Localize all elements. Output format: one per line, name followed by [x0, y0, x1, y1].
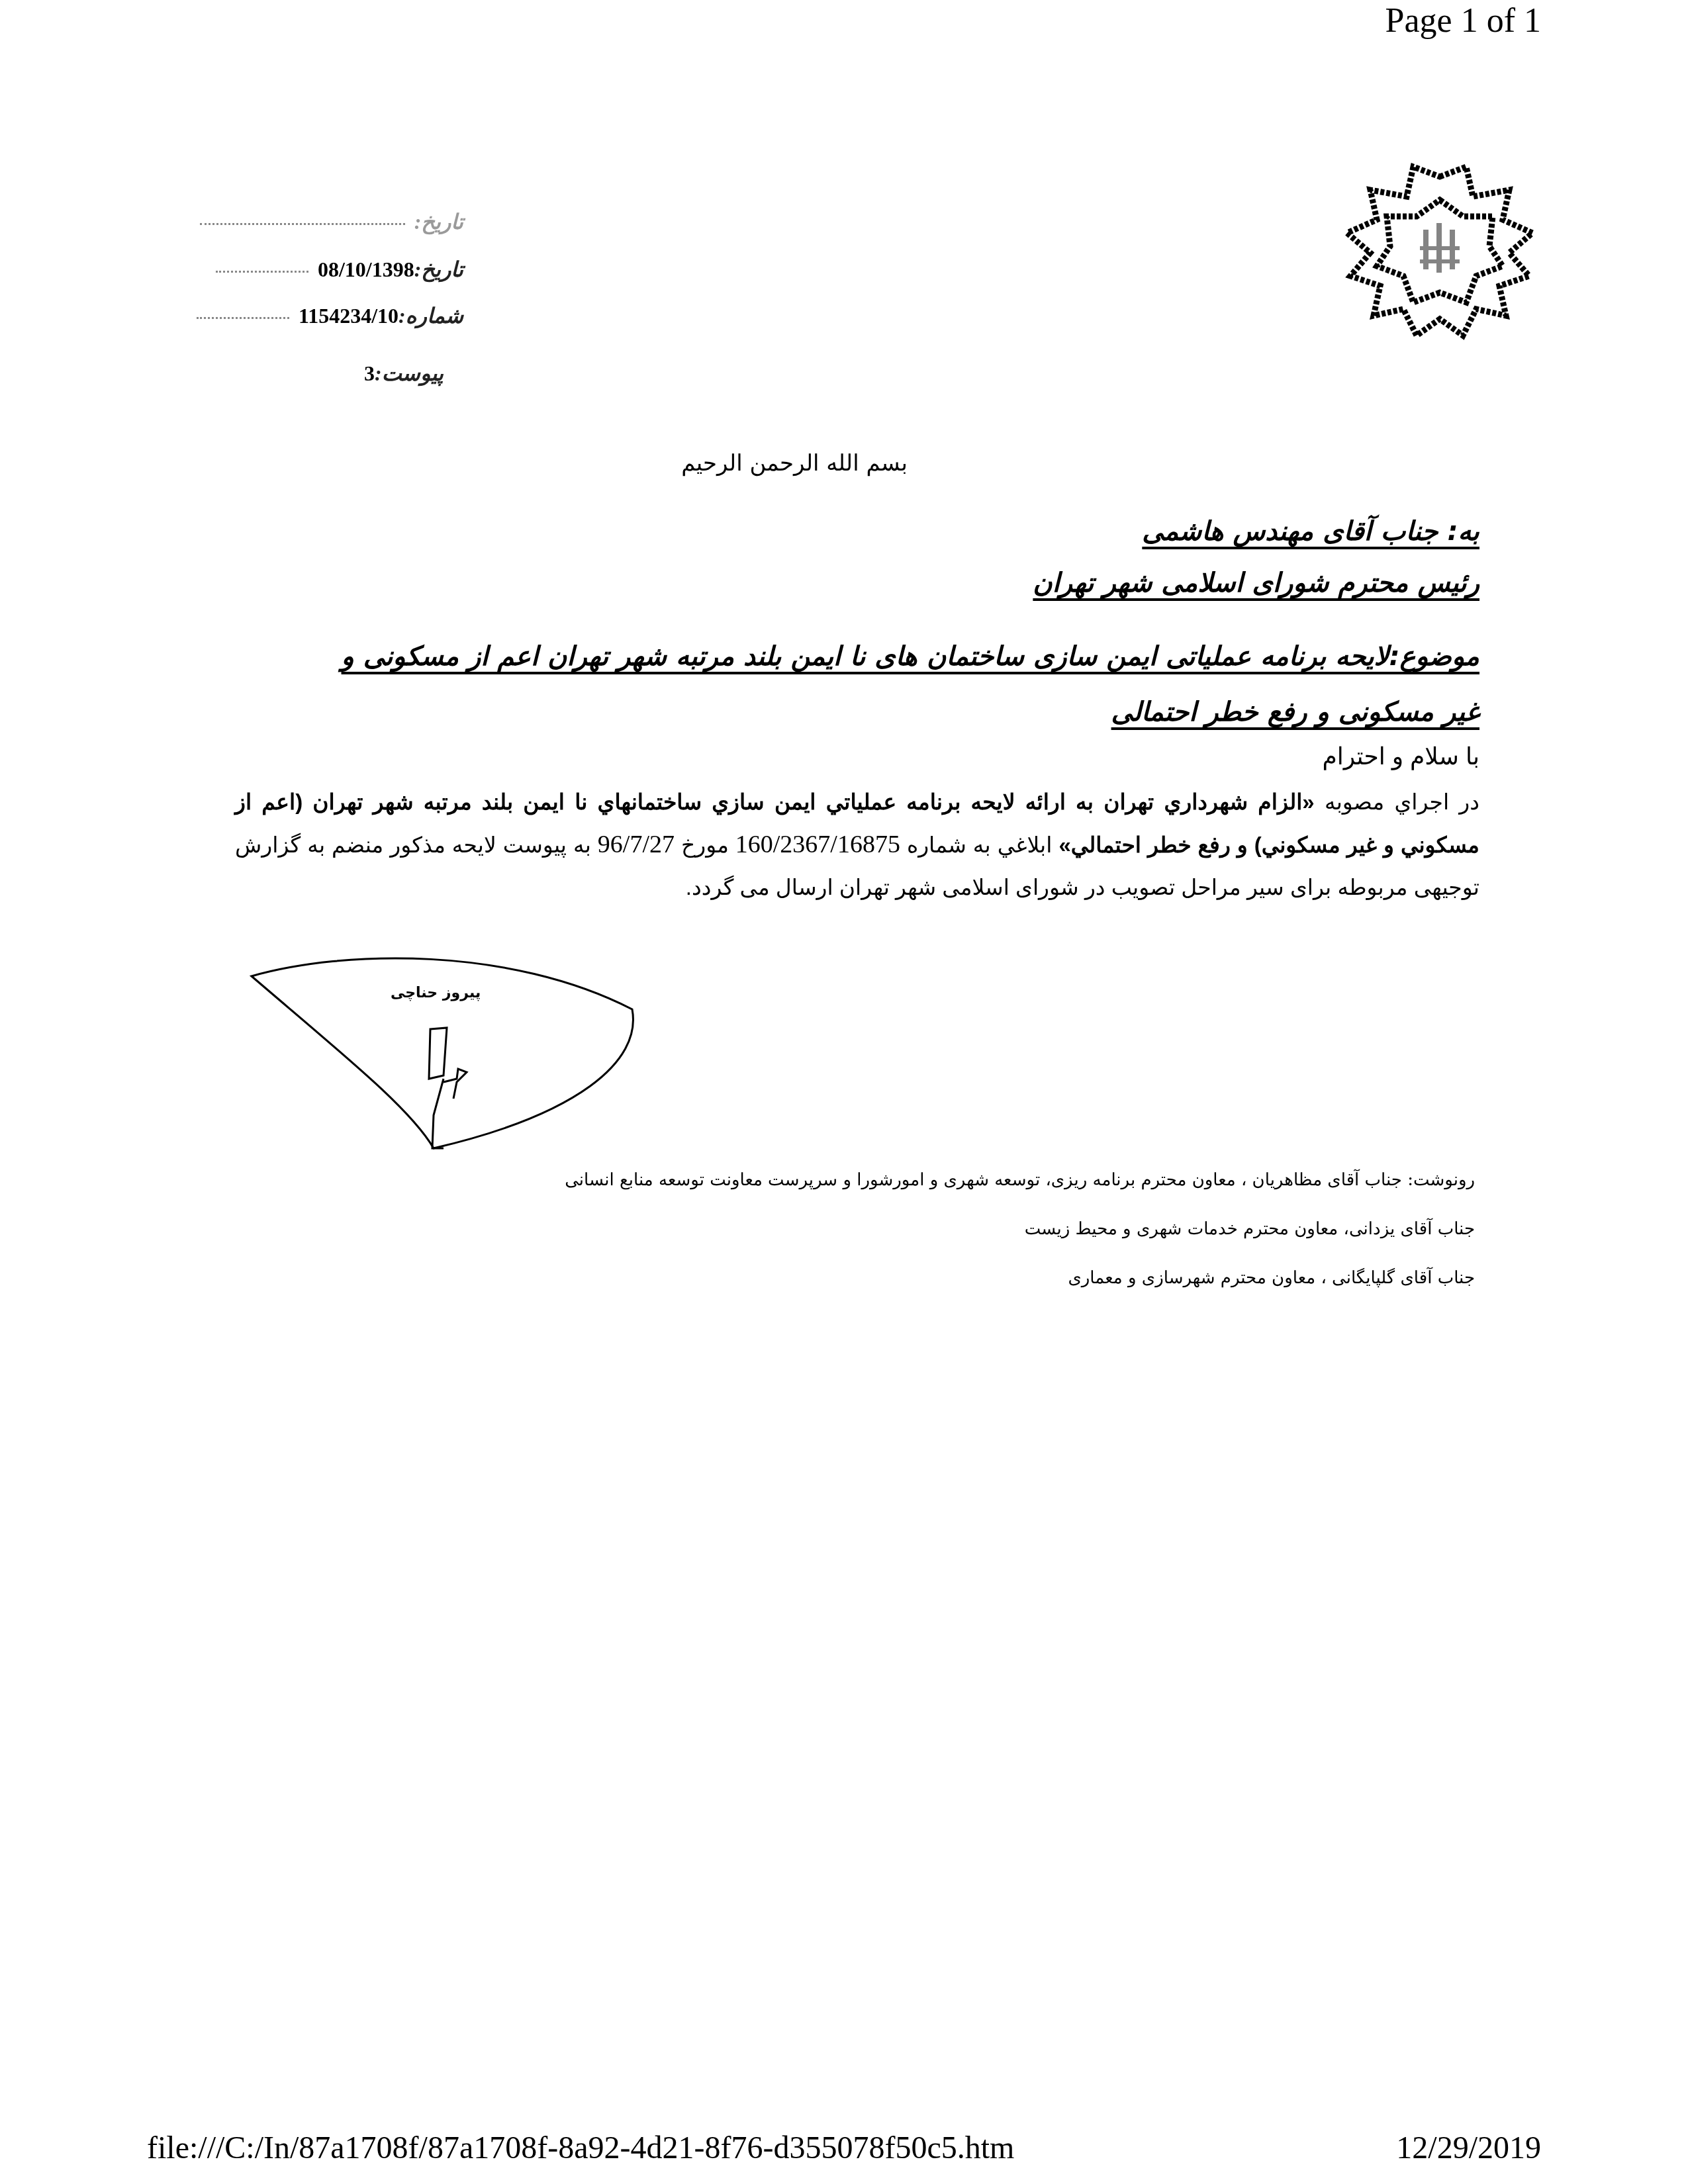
basmala-text: بسم الله الرحمن الرحیم	[681, 450, 908, 477]
cc-line: رونوشت: جناب آقای مظاهریان ، معاون محترم…	[565, 1170, 1475, 1190]
page-indicator: Page 1 of 1	[1385, 1, 1541, 40]
basmala: بسم الله الرحمن الرحیم	[0, 450, 1688, 477]
print-footer-file-path: file:///C:/In/87a1708f/87a1708f-8a92-4d2…	[147, 2130, 1014, 2166]
meta-attachment-field: پیوست:3	[364, 361, 444, 386]
meta-empty-field: تاریخ:	[200, 209, 463, 234]
meta-attachment-value: 3	[364, 361, 375, 385]
print-footer-date: 12/29/2019	[1396, 2130, 1541, 2166]
meta-attachment-label: پیوست:	[375, 361, 444, 385]
signer-name: پیروز حناچی	[391, 985, 481, 1001]
tehran-municipality-logo-icon	[1331, 154, 1549, 345]
meta-number-value: 1154234/10	[299, 304, 399, 328]
signature-mark-icon	[245, 950, 635, 1155]
meta-date-label: تاریخ:	[414, 257, 463, 281]
recipient-line: به: جناب آقای مهندس هاشمی	[1142, 516, 1479, 547]
letter-body: در اجراي مصوبه «الزام شهرداري تهران به ا…	[235, 781, 1479, 909]
meta-number-field: شماره:1154234/10	[197, 303, 463, 328]
body-part-1: در اجراي مصوبه	[1315, 790, 1479, 814]
recipient-title: رئیس محترم شورای اسلامی شهر تهران	[1033, 568, 1479, 598]
cc-line: جناب آقای یزدانی، معاون محترم خدمات شهری…	[1025, 1219, 1475, 1239]
subject-text: موضوع:لایحه برنامه عملیاتی ایمن سازی ساخ…	[342, 641, 1479, 727]
cc-line: جناب آقای گلپایگانی ، معاون محترم شهرساز…	[1068, 1268, 1475, 1288]
meta-empty-label: تاریخ:	[414, 210, 463, 234]
dotted-line	[216, 271, 308, 273]
dotted-line	[197, 317, 289, 319]
dotted-line	[200, 223, 405, 225]
meta-date-field: تاریخ:08/10/1398	[216, 257, 463, 282]
greeting: با سلام و احترام	[1322, 743, 1479, 770]
reference-date: 96/7/27	[598, 831, 675, 858]
meta-date-value: 08/10/1398	[318, 257, 414, 281]
body-part-3: مورخ	[675, 833, 735, 857]
letter-subject: موضوع:لایحه برنامه عملیاتی ایمن سازی ساخ…	[314, 629, 1479, 740]
reference-number: 160/2367/16875	[735, 831, 900, 858]
meta-number-label: شماره:	[399, 304, 463, 328]
body-part-2: ابلاغي به شماره	[900, 833, 1058, 857]
